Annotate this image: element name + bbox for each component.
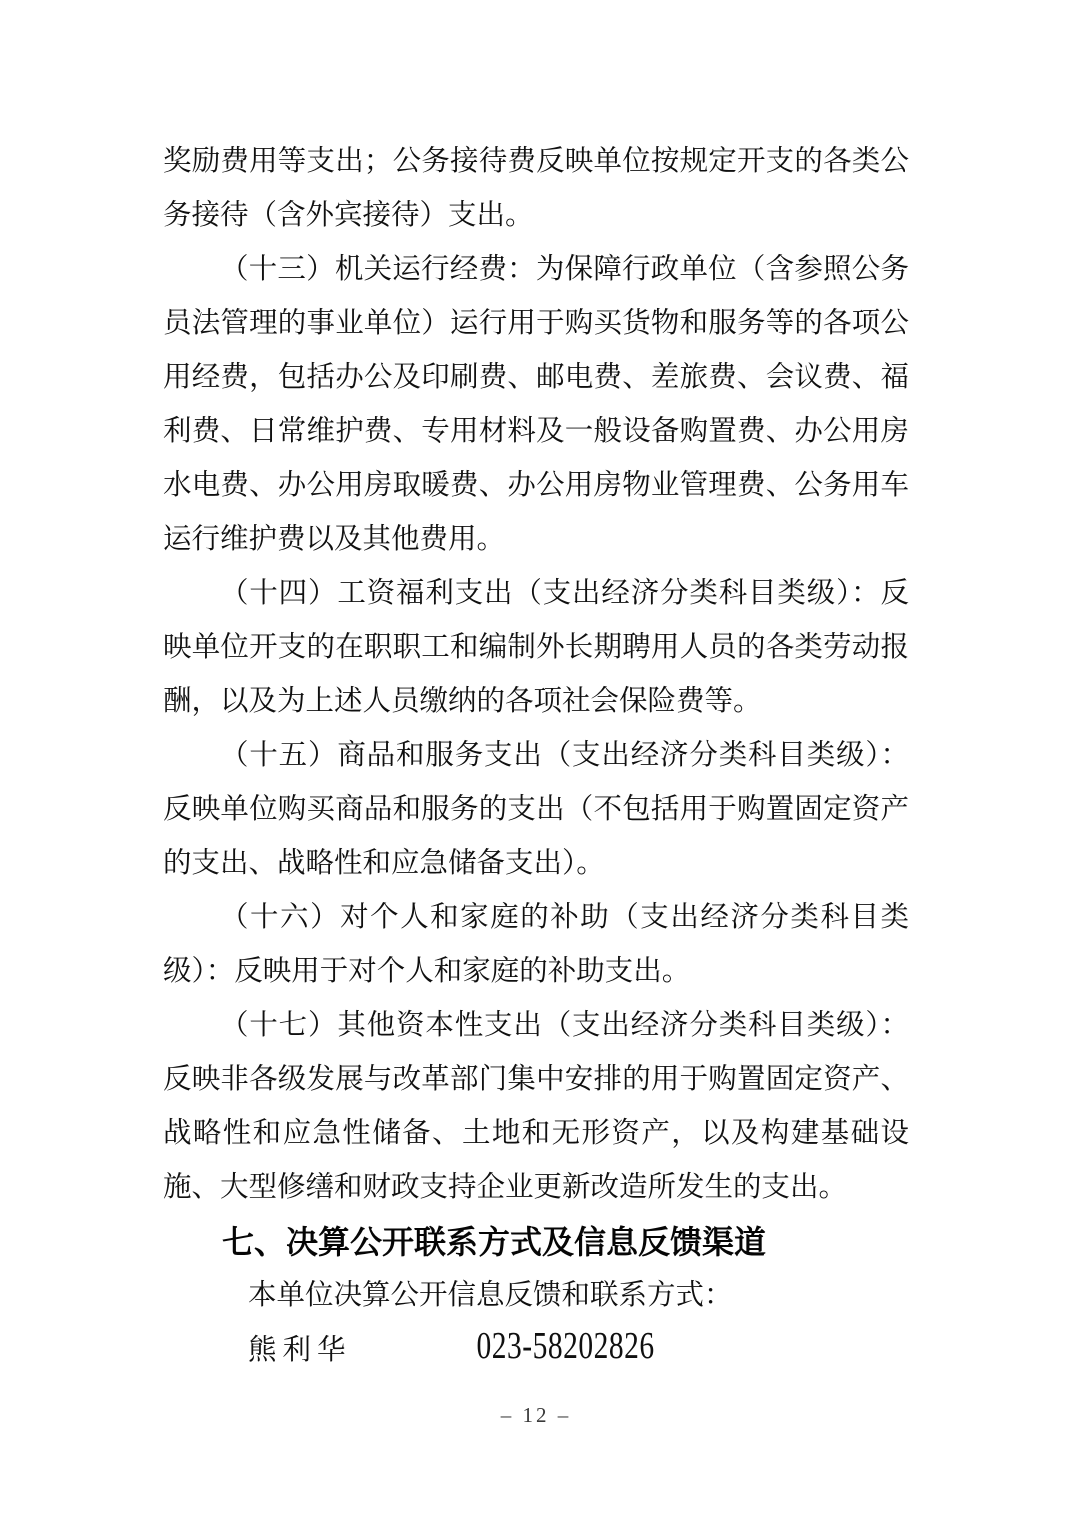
paragraph-item-14-wage-welfare-expenditure: （十四）工资福利支出（支出经济分类科目类级）：反映单位开支的在职职工和编制外长期… [163,567,909,729]
section-heading-contact-feedback: 七、决算公开联系方式及信息反馈渠道 [163,1215,909,1269]
document-body: 奖励费用等支出；公务接待费反映单位按规定开支的各类公务接待（含外宾接待）支出。 … [163,135,909,1378]
paragraph-item-15-goods-services-expenditure: （十五）商品和服务支出（支出经济分类科目类级）：反映单位购买商品和服务的支出（不… [163,729,909,891]
paragraph-item-16-subsidies-individuals-families: （十六）对个人和家庭的补助（支出经济分类科目类级）：反映用于对个人和家庭的补助支… [163,891,909,999]
document-page: 奖励费用等支出；公务接待费反映单位按规定开支的各类公务接待（含外宾接待）支出。 … [0,0,1075,1520]
paragraph-item-13-agency-operating-funds: （十三）机关运行经费：为保障行政单位（含参照公务员法管理的事业单位）运行用于购买… [163,243,909,567]
paragraph-item-17-other-capital-expenditure: （十七）其他资本性支出（支出经济分类科目类级）：反映非各级发展与改革部门集中安排… [163,999,909,1215]
contact-line: 熊利华023-58202826 [163,1323,909,1378]
contact-phone-number: 023-58202826 [392,1311,655,1381]
page-number: – 12 – [163,1402,909,1428]
contact-name: 熊利华 [248,1335,352,1366]
paragraph-official-reception: 奖励费用等支出；公务接待费反映单位按规定开支的各类公务接待（含外宾接待）支出。 [163,135,909,243]
